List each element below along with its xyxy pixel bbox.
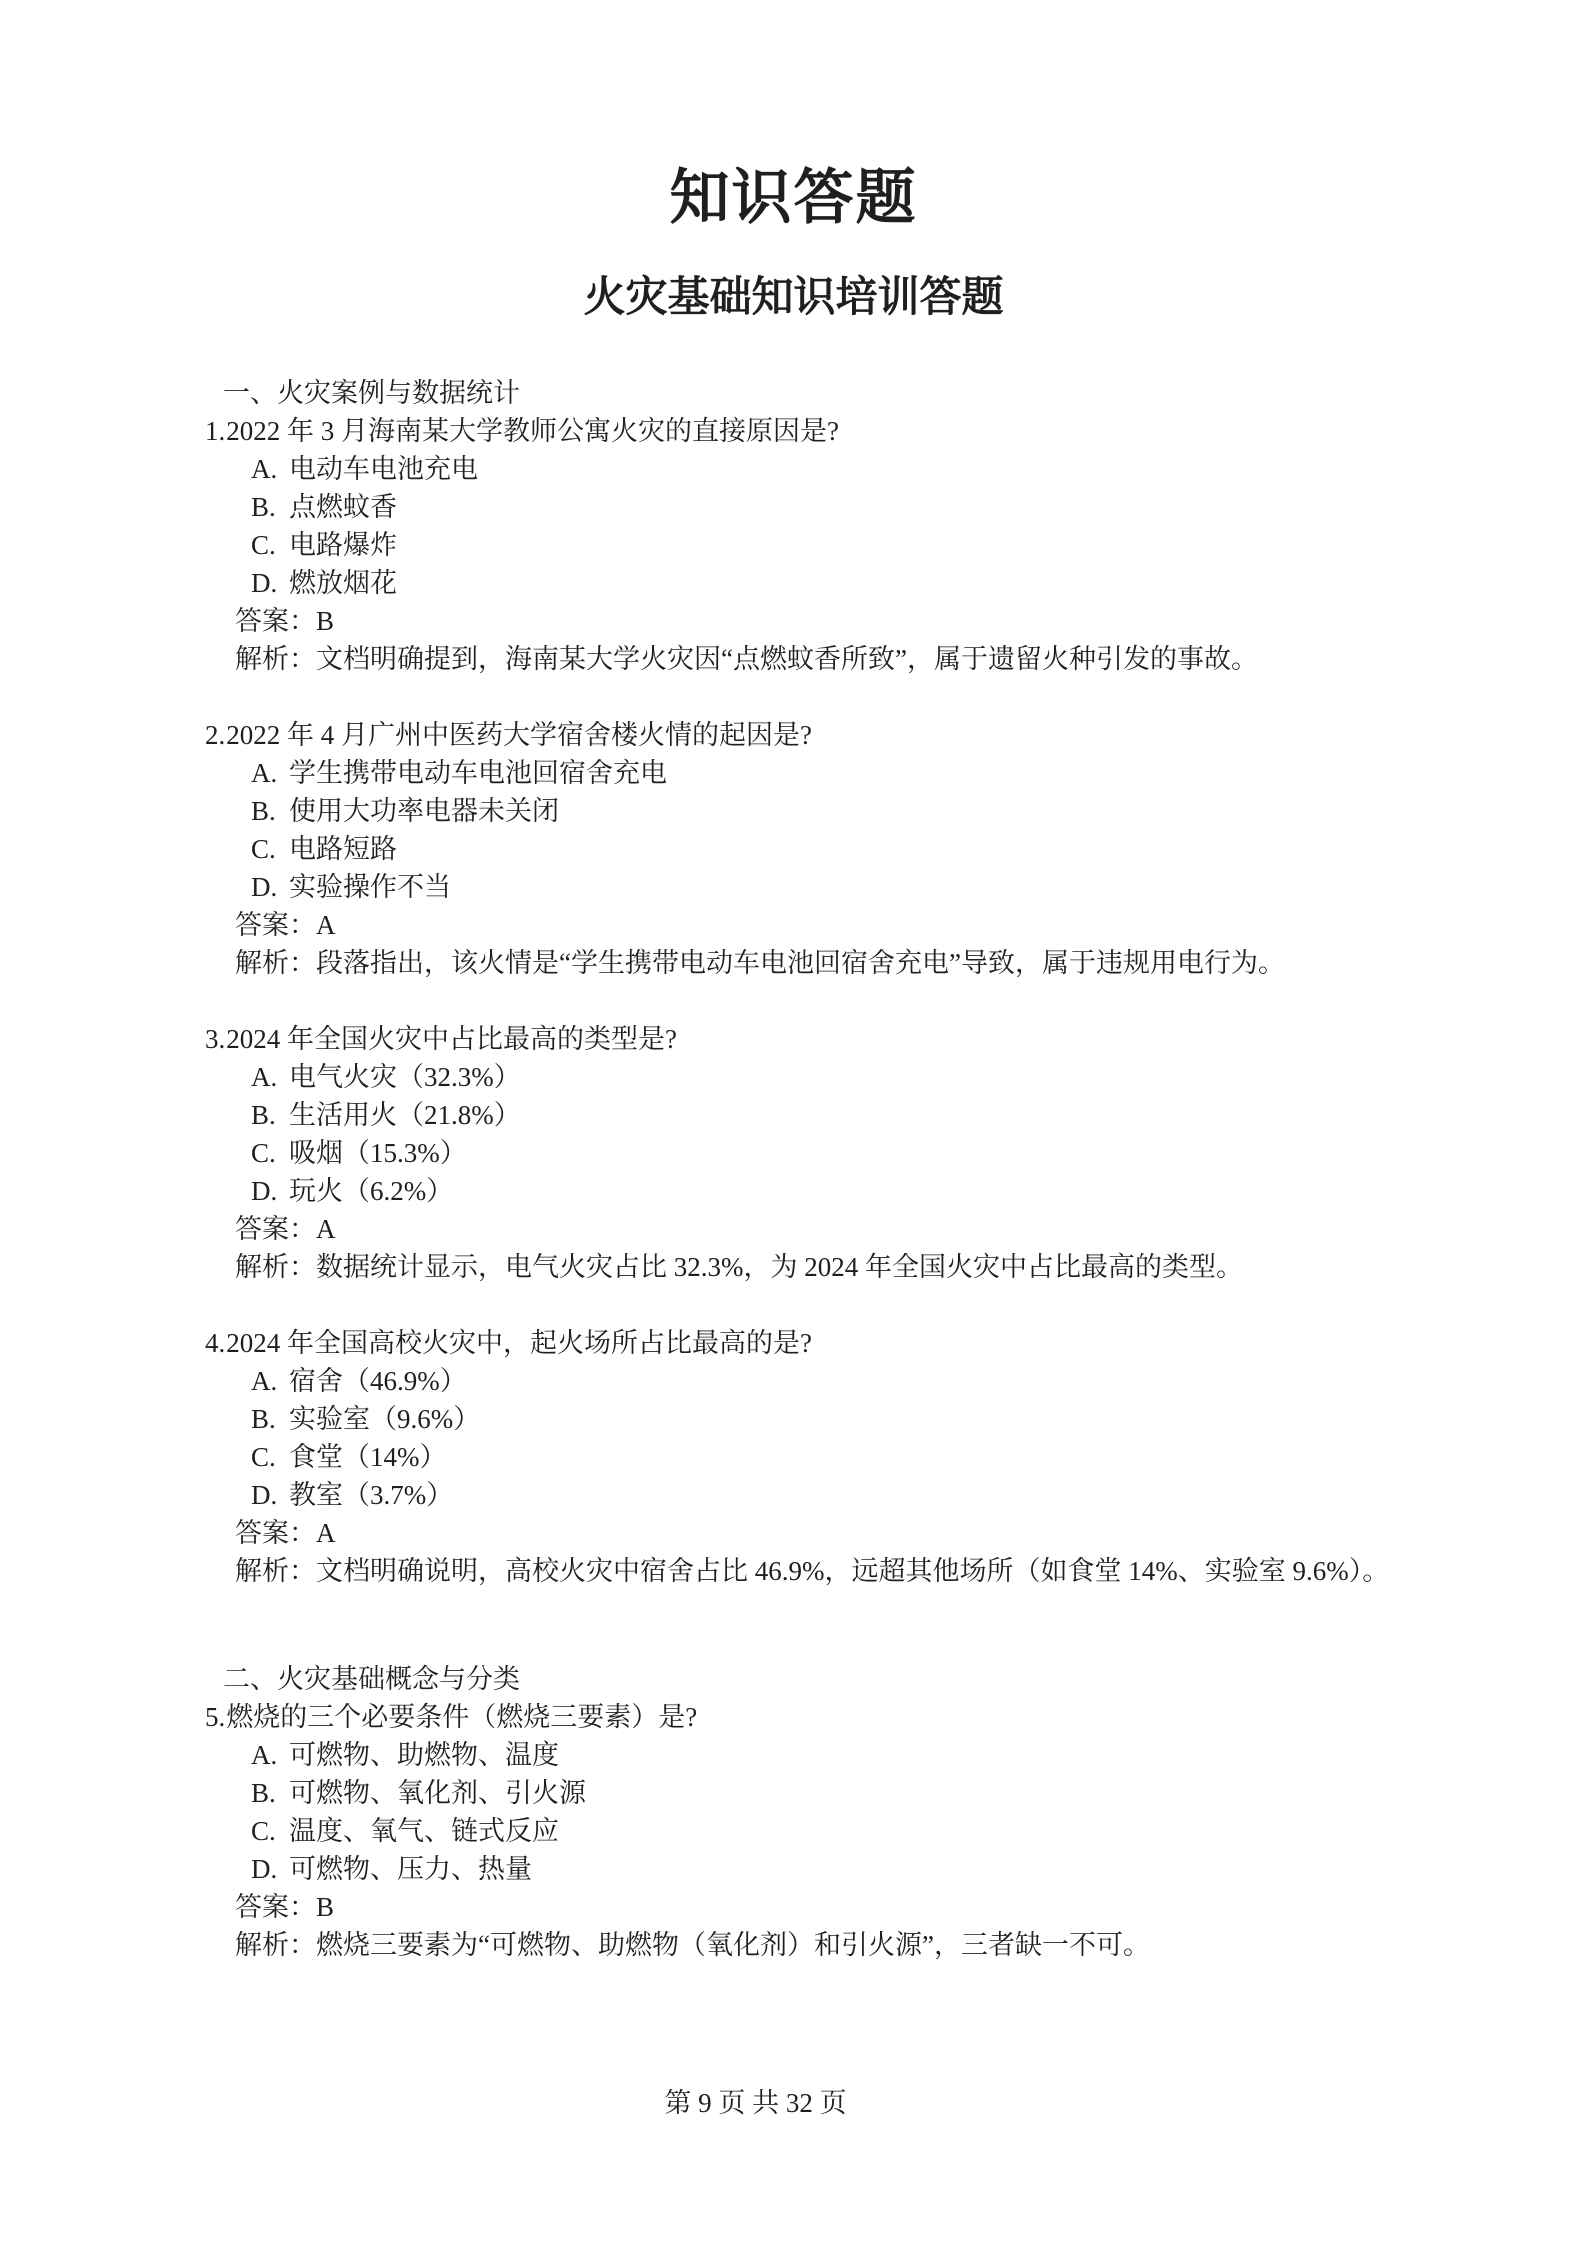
option-label: D.: [251, 1850, 277, 1888]
option-label: B.: [251, 488, 277, 526]
option-text: 宿舍（46.9%）: [289, 1366, 467, 1396]
section-heading: 一、火灾案例与数据统计: [205, 374, 1450, 412]
page-footer: 第 9 页 共 32 页: [0, 2084, 1587, 2122]
option-label: B.: [251, 792, 277, 830]
option-a: A.电气火灾（32.3%）: [205, 1058, 1450, 1096]
answer-label: 答案：: [235, 606, 316, 636]
question-stem: 2022 年 3 月海南某大学教师公寓火灾的直接原因是?: [226, 416, 839, 446]
option-text: 食堂（14%）: [289, 1442, 447, 1472]
question-stem: 燃烧的三个必要条件（燃烧三要素）是?: [226, 1702, 697, 1732]
option-d: D.实验操作不当: [205, 868, 1450, 906]
answer-line: 答案：B: [205, 1888, 1450, 1926]
question-number: 2.: [205, 720, 225, 750]
option-a: A.学生携带电动车电池回宿舍充电: [205, 754, 1450, 792]
option-c: C.温度、氧气、链式反应: [205, 1812, 1450, 1850]
answer-label: 答案：: [235, 1518, 316, 1548]
option-text: 电路爆炸: [289, 530, 397, 560]
question-stem: 2024 年全国高校火灾中，起火场所占比最高的是?: [226, 1328, 812, 1358]
answer-value: B: [316, 1892, 334, 1922]
answer-value: A: [316, 1214, 336, 1244]
option-b: B.可燃物、氧化剂、引火源: [205, 1774, 1450, 1812]
option-text: 玩火（6.2%）: [289, 1176, 453, 1206]
document-subtitle: 火灾基础知识培训答题: [0, 230, 1587, 320]
option-label: C.: [251, 1134, 277, 1172]
option-a: A.电动车电池充电: [205, 450, 1450, 488]
option-d: D.教室（3.7%）: [205, 1476, 1450, 1514]
answer-line: 答案：A: [205, 1514, 1450, 1552]
option-text: 实验室（9.6%）: [289, 1404, 480, 1434]
option-c: C.食堂（14%）: [205, 1438, 1450, 1476]
explanation: 解析：段落指出，该火情是“学生携带电动车电池回宿舍充电”导致，属于违规用电行为。: [205, 944, 1450, 982]
section-fire-cases: 一、火灾案例与数据统计 1.2022 年 3 月海南某大学教师公寓火灾的直接原因…: [205, 374, 1450, 1590]
answer-value: B: [316, 606, 334, 636]
option-label: D.: [251, 1476, 277, 1514]
option-a: A.宿舍（46.9%）: [205, 1362, 1450, 1400]
answer-value: A: [316, 1518, 336, 1548]
answer-label: 答案：: [235, 910, 316, 940]
option-label: B.: [251, 1096, 277, 1134]
question-text: 1.2022 年 3 月海南某大学教师公寓火灾的直接原因是?: [205, 412, 1450, 450]
section-fire-concepts: 二、火灾基础概念与分类 5.燃烧的三个必要条件（燃烧三要素）是? A.可燃物、助…: [205, 1660, 1450, 1964]
option-b: B.生活用火（21.8%）: [205, 1096, 1450, 1134]
option-label: D.: [251, 868, 277, 906]
option-d: D.可燃物、压力、热量: [205, 1850, 1450, 1888]
option-text: 教室（3.7%）: [289, 1480, 453, 1510]
option-label: A.: [251, 450, 277, 488]
option-text: 可燃物、压力、热量: [289, 1854, 532, 1884]
answer-label: 答案：: [235, 1214, 316, 1244]
question-4: 4.2024 年全国高校火灾中，起火场所占比最高的是? A.宿舍（46.9%） …: [205, 1324, 1450, 1590]
option-d: D.玩火（6.2%）: [205, 1172, 1450, 1210]
option-label: D.: [251, 1172, 277, 1210]
option-c: C.吸烟（15.3%）: [205, 1134, 1450, 1172]
option-text: 生活用火（21.8%）: [289, 1100, 521, 1130]
page-number: 第 9 页 共 32 页: [664, 2088, 846, 2118]
explanation: 解析：数据统计显示，电气火灾占比 32.3%，为 2024 年全国火灾中占比最高…: [205, 1248, 1450, 1286]
option-text: 学生携带电动车电池回宿舍充电: [289, 758, 667, 788]
option-label: C.: [251, 1438, 277, 1476]
option-text: 电动车电池充电: [289, 454, 478, 484]
question-number: 4.: [205, 1328, 225, 1358]
document-page: 知识答题 火灾基础知识培训答题 一、火灾案例与数据统计 1.2022 年 3 月…: [0, 0, 1587, 2245]
option-text: 点燃蚊香: [289, 492, 397, 522]
option-c: C.电路短路: [205, 830, 1450, 868]
option-label: C.: [251, 1812, 277, 1850]
section-heading: 二、火灾基础概念与分类: [205, 1660, 1450, 1698]
document-body: 一、火灾案例与数据统计 1.2022 年 3 月海南某大学教师公寓火灾的直接原因…: [0, 320, 1587, 1964]
option-label: B.: [251, 1774, 277, 1812]
option-label: A.: [251, 1058, 277, 1096]
answer-line: 答案：A: [205, 1210, 1450, 1248]
answer-line: 答案：B: [205, 602, 1450, 640]
option-b: B.实验室（9.6%）: [205, 1400, 1450, 1438]
question-1: 1.2022 年 3 月海南某大学教师公寓火灾的直接原因是? A.电动车电池充电…: [205, 412, 1450, 678]
explanation: 解析：文档明确提到，海南某大学火灾因“点燃蚊香所致”，属于遗留火种引发的事故。: [205, 640, 1450, 678]
option-text: 温度、氧气、链式反应: [289, 1816, 559, 1846]
question-3: 3.2024 年全国火灾中占比最高的类型是? A.电气火灾（32.3%） B.生…: [205, 1020, 1450, 1286]
answer-label: 答案：: [235, 1892, 316, 1922]
question-number: 1.: [205, 416, 225, 446]
answer-value: A: [316, 910, 336, 940]
question-number: 5.: [205, 1702, 225, 1732]
option-text: 吸烟（15.3%）: [289, 1138, 467, 1168]
question-text: 3.2024 年全国火灾中占比最高的类型是?: [205, 1020, 1450, 1058]
option-b: B.点燃蚊香: [205, 488, 1450, 526]
explanation: 解析：文档明确说明，高校火灾中宿舍占比 46.9%，远超其他场所（如食堂 14%…: [205, 1552, 1450, 1590]
option-text: 电气火灾（32.3%）: [289, 1062, 521, 1092]
question-stem: 2022 年 4 月广州中医药大学宿舍楼火情的起因是?: [226, 720, 812, 750]
option-text: 电路短路: [289, 834, 397, 864]
question-2: 2.2022 年 4 月广州中医药大学宿舍楼火情的起因是? A.学生携带电动车电…: [205, 716, 1450, 982]
question-5: 5.燃烧的三个必要条件（燃烧三要素）是? A.可燃物、助燃物、温度 B.可燃物、…: [205, 1698, 1450, 1964]
option-d: D.燃放烟花: [205, 564, 1450, 602]
option-b: B.使用大功率电器未关闭: [205, 792, 1450, 830]
document-title: 知识答题: [0, 0, 1587, 230]
option-a: A.可燃物、助燃物、温度: [205, 1736, 1450, 1774]
option-label: B.: [251, 1400, 277, 1438]
option-label: C.: [251, 830, 277, 868]
question-number: 3.: [205, 1024, 225, 1054]
option-label: A.: [251, 754, 277, 792]
option-label: A.: [251, 1362, 277, 1400]
option-text: 使用大功率电器未关闭: [289, 796, 559, 826]
question-text: 4.2024 年全国高校火灾中，起火场所占比最高的是?: [205, 1324, 1450, 1362]
option-text: 可燃物、氧化剂、引火源: [289, 1778, 586, 1808]
explanation: 解析：燃烧三要素为“可燃物、助燃物（氧化剂）和引火源”，三者缺一不可。: [205, 1926, 1450, 1964]
answer-line: 答案：A: [205, 906, 1450, 944]
option-label: D.: [251, 564, 277, 602]
option-c: C.电路爆炸: [205, 526, 1450, 564]
question-stem: 2024 年全国火灾中占比最高的类型是?: [226, 1024, 677, 1054]
option-text: 实验操作不当: [289, 872, 451, 902]
option-text: 燃放烟花: [289, 568, 397, 598]
question-text: 2.2022 年 4 月广州中医药大学宿舍楼火情的起因是?: [205, 716, 1450, 754]
option-label: C.: [251, 526, 277, 564]
question-text: 5.燃烧的三个必要条件（燃烧三要素）是?: [205, 1698, 1450, 1736]
option-text: 可燃物、助燃物、温度: [289, 1740, 559, 1770]
option-label: A.: [251, 1736, 277, 1774]
